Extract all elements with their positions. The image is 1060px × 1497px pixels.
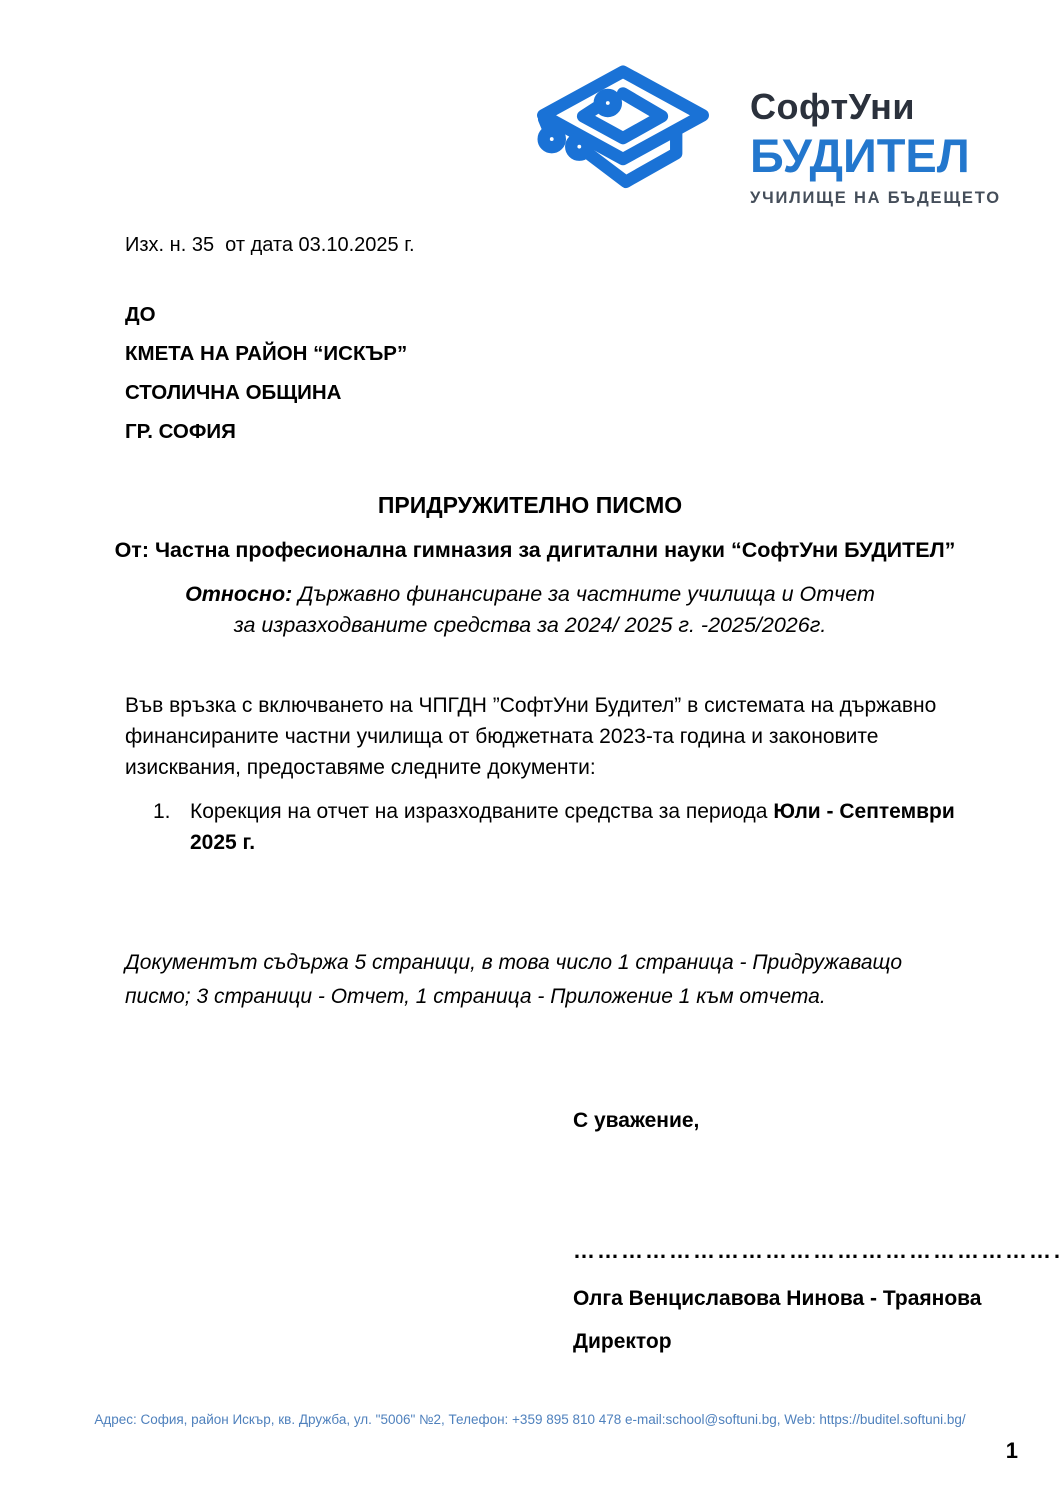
logo-tagline: УЧИЛИЩЕ НА БЪДЕЩЕТО <box>750 189 1001 208</box>
logo: СофтУни БУДИТЕЛ УЧИЛИЩЕ НА БЪДЕЩЕТО <box>528 62 1060 208</box>
logo-text: СофтУни БУДИТЕЛ УЧИЛИЩЕ НА БЪДЕЩЕТО <box>750 62 1001 208</box>
recipient-line: КМЕТА НА РАЙОН “ИСКЪР” <box>125 342 1060 366</box>
document-list: 1. Корекция на отчет на изразходваните с… <box>153 796 960 858</box>
document-page: СофтУни БУДИТЕЛ УЧИЛИЩЕ НА БЪДЕЩЕТО Изх.… <box>0 0 1060 1497</box>
subject-line: Относно: Държавно финансиране за частнит… <box>180 579 880 641</box>
brand-bottom-text: БУДИТЕЛ <box>750 132 1001 179</box>
recipient-block: ДО КМЕТА НА РАЙОН “ИСКЪР” СТОЛИЧНА ОБЩИН… <box>125 303 1060 444</box>
brand-top-text: СофтУни <box>750 89 1001 125</box>
page-number: 1 <box>1006 1438 1018 1464</box>
recipient-line: СТОЛИЧНА ОБЩИНА <box>125 381 1060 405</box>
list-item: 1. Корекция на отчет на изразходваните с… <box>153 796 960 858</box>
signature-block: С уважение, ……………………………………………………………… Олг… <box>573 1108 1060 1355</box>
recipient-line: ДО <box>125 303 1060 327</box>
list-item-text: Корекция на отчет на изразходваните сред… <box>190 796 960 858</box>
body-paragraph: Във връзка с включването на ЧПГДН ”СофтУ… <box>125 690 945 783</box>
letter-title: ПРИДРУЖИТЕЛНО ПИСМО <box>0 492 1060 519</box>
subject-text: Държавно финансиране за частните училища… <box>234 582 875 637</box>
note-paragraph: Документът съдържа 5 страници, в това чи… <box>125 946 970 1014</box>
list-item-text-regular: Корекция на отчет на изразходваните сред… <box>190 800 773 823</box>
salutation: С уважение, <box>573 1108 1060 1134</box>
from-line: От: Частна професионална гимназия за диг… <box>40 538 1030 563</box>
subject-label: Относно: <box>185 582 292 606</box>
signature-dotted-line: ……………………………………………………………… <box>573 1238 1060 1264</box>
page-footer-address: Адрес: София, район Искър, кв. Дружба, у… <box>0 1412 1060 1427</box>
signatory-name: Олга Венциславова Нинова - Траянова <box>573 1286 1060 1312</box>
signatory-title: Директор <box>573 1329 1060 1355</box>
recipient-line: ГР. СОФИЯ <box>125 420 1060 444</box>
reference-number-line: Изх. н. 35 от дата 03.10.2025 г. <box>125 234 1060 257</box>
list-item-number: 1. <box>153 796 190 858</box>
graduation-cap-icon <box>528 62 718 200</box>
